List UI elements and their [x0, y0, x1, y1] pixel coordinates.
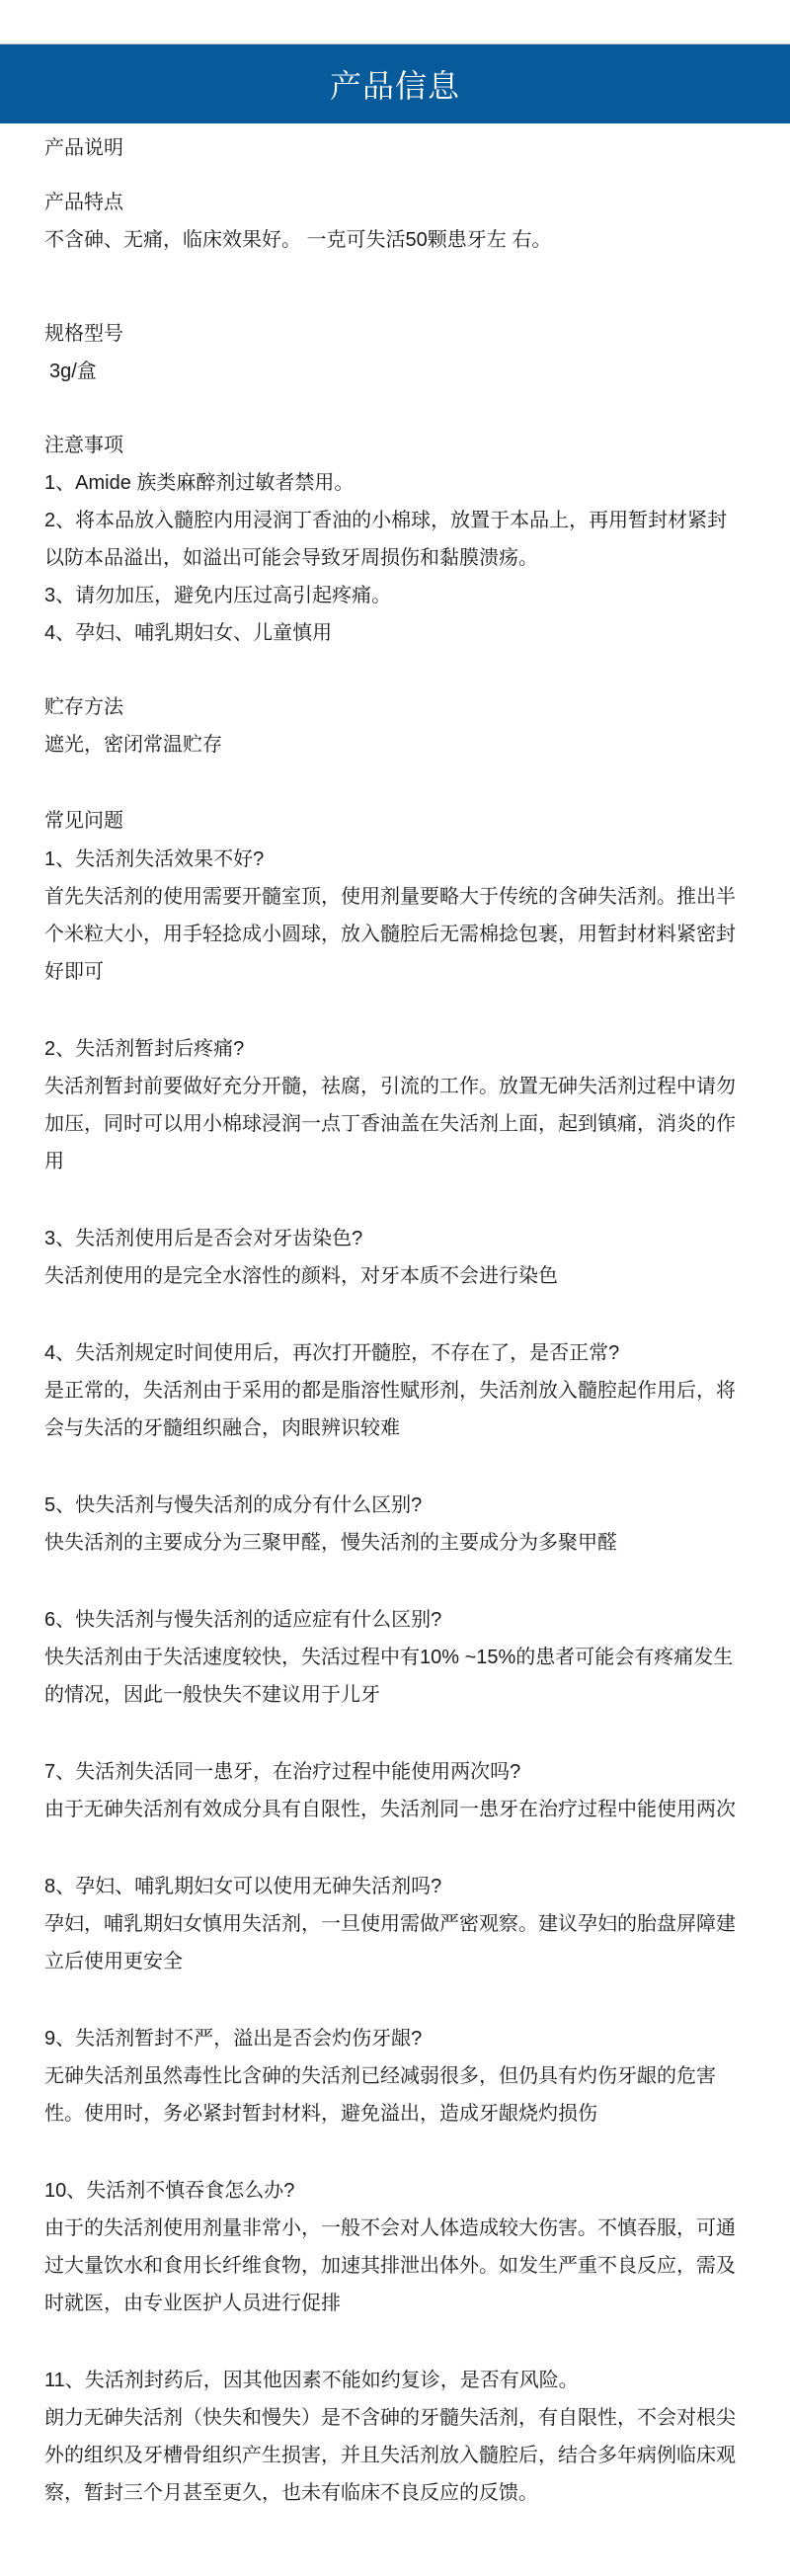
content: 产品说明 产品特点 不含砷、无痛，临床效果好。 一克可失活50颗患牙左 右。 规… — [0, 123, 790, 2558]
faq-item: 3、失活剂使用后是否会对牙齿染色? 失活剂使用的是完全水溶性的颜料，对牙本质不会… — [44, 1220, 746, 1295]
faq-question: 11、失活剂封药后，因其他因素不能如约复诊，是否有风险。 — [44, 2362, 746, 2399]
section-spec: 规格型号 3g/盒 — [44, 315, 746, 390]
faq-answer: 孕妇，哺乳期妇女慎用失活剂，一旦使用需做严密观察。建议孕妇的胎盘屏障建立后使用更… — [44, 1905, 746, 1980]
faq-answer: 失活剂暂封前要做好充分开髓，祛腐，引流的工作。放置无砷失活剂过程中请勿加压，同时… — [44, 1068, 746, 1180]
faq-item: 9、失活剂暂封不严，溢出是否会灼伤牙龈? 无砷失活剂虽然毒性比含砷的失活剂已经减… — [44, 2020, 746, 2133]
page-title: 产品信息 — [330, 61, 460, 107]
faq-item: 6、快失活剂与慢失活剂的适应症有什么区别? 快失活剂由于失活速度较快，失活过程中… — [44, 1601, 746, 1714]
faq-answer: 快失活剂由于失活速度较快，失活过程中有10% ~15%的患者可能会有疼痛发生的情… — [44, 1639, 746, 1714]
faq-question: 7、失活剂失活同一患牙，在治疗过程中能使用两次吗? — [44, 1753, 746, 1791]
section-faq: 常见问题 1、失活剂失活效果不好? 首先失活剂的使用需要开髓室顶，使用剂量要略大… — [44, 802, 746, 2512]
faq-answer: 由于无砷失活剂有效成分具有自限性，失活剂同一患牙在治疗过程中能使用两次 — [44, 1791, 746, 1828]
header-bar: 产品信息 — [0, 43, 790, 123]
product-info-page: 产品信息 产品说明 产品特点 不含砷、无痛，临床效果好。 一克可失活50颗患牙左… — [0, 43, 790, 2558]
faq-item: 7、失活剂失活同一患牙，在治疗过程中能使用两次吗? 由于无砷失活剂有效成分具有自… — [44, 1753, 746, 1828]
faq-answer: 朗力无砷失活剂（快失和慢失）是不含砷的牙髓失活剂，有自限性，不会对根尖外的组织及… — [44, 2399, 746, 2512]
section-product-description: 产品说明 — [44, 129, 746, 167]
features-heading: 产品特点 — [44, 184, 746, 221]
faq-answer: 是正常的，失活剂由于采用的都是脂溶性赋形剂，失活剂放入髓腔起作用后，将会与失活的… — [44, 1372, 746, 1447]
faq-question: 1、失活剂失活效果不好? — [44, 841, 746, 878]
faq-item: 2、失活剂暂封后疼痛? 失活剂暂封前要做好充分开髓，祛腐，引流的工作。放置无砷失… — [44, 1030, 746, 1180]
section-precautions: 注意事项 1、Amide 族类麻醉剂过敏者禁用。 2、将本品放入髓腔内用浸润丁香… — [44, 427, 746, 652]
faq-item: 4、失活剂规定时间使用后，再次打开髓腔，不存在了，是否正常? 是正常的，失活剂由… — [44, 1334, 746, 1447]
faq-item: 11、失活剂封药后，因其他因素不能如约复诊，是否有风险。 朗力无砷失活剂（快失和… — [44, 2362, 746, 2512]
spec-value: 3g/盒 — [44, 353, 746, 390]
section-features: 产品特点 不含砷、无痛，临床效果好。 一克可失活50颗患牙左 右。 — [44, 184, 746, 259]
features-text: 不含砷、无痛，临床效果好。 一克可失活50颗患牙左 右。 — [44, 221, 746, 259]
faq-item: 1、失活剂失活效果不好? 首先失活剂的使用需要开髓室顶，使用剂量要略大于传统的含… — [44, 841, 746, 991]
faq-question: 2、失活剂暂封后疼痛? — [44, 1030, 746, 1068]
faq-question: 8、孕妇、哺乳期妇女可以使用无砷失活剂吗? — [44, 1868, 746, 1905]
precaution-item: 2、将本品放入髓腔内用浸润丁香油的小棉球，放置于本品上，再用暂封材紧封以防本品溢… — [44, 502, 746, 577]
faq-question: 3、失活剂使用后是否会对牙齿染色? — [44, 1220, 746, 1257]
faq-question: 4、失活剂规定时间使用后，再次打开髓腔，不存在了，是否正常? — [44, 1334, 746, 1372]
precaution-item: 4、孕妇、哺乳期妇女、儿童慎用 — [44, 614, 746, 652]
precaution-item: 3、请勿加压，避免内压过高引起疼痛。 — [44, 577, 746, 614]
faq-question: 9、失活剂暂封不严，溢出是否会灼伤牙龈? — [44, 2020, 746, 2057]
precautions-heading: 注意事项 — [44, 427, 746, 464]
precaution-item: 1、Amide 族类麻醉剂过敏者禁用。 — [44, 464, 746, 502]
spec-heading: 规格型号 — [44, 315, 746, 353]
faq-item: 8、孕妇、哺乳期妇女可以使用无砷失活剂吗? 孕妇，哺乳期妇女慎用失活剂，一旦使用… — [44, 1868, 746, 1980]
storage-heading: 贮存方法 — [44, 688, 746, 726]
faq-question: 10、失活剂不慎吞食怎么办? — [44, 2172, 746, 2210]
faq-answer: 首先失活剂的使用需要开髓室顶，使用剂量要略大于传统的含砷失活剂。推出半个米粒大小… — [44, 878, 746, 991]
section-storage: 贮存方法 遮光，密闭常温贮存 — [44, 688, 746, 764]
faq-answer: 无砷失活剂虽然毒性比含砷的失活剂已经减弱很多，但仍具有灼伤牙龈的危害性。使用时，… — [44, 2057, 746, 2133]
faq-answer: 由于的失活剂使用剂量非常小，一般不会对人体造成较大伤害。不慎吞服，可通过大量饮水… — [44, 2210, 746, 2322]
storage-text: 遮光，密闭常温贮存 — [44, 726, 746, 764]
faq-answer: 快失活剂的主要成分为三聚甲醛，慢失活剂的主要成分为多聚甲醛 — [44, 1524, 746, 1562]
faq-item: 10、失活剂不慎吞食怎么办? 由于的失活剂使用剂量非常小，一般不会对人体造成较大… — [44, 2172, 746, 2322]
product-description-heading: 产品说明 — [44, 129, 746, 167]
faq-heading: 常见问题 — [44, 802, 746, 840]
faq-item: 5、快失活剂与慢失活剂的成分有什么区别? 快失活剂的主要成分为三聚甲醛，慢失活剂… — [44, 1487, 746, 1562]
faq-question: 6、快失活剂与慢失活剂的适应症有什么区别? — [44, 1601, 746, 1639]
faq-answer: 失活剂使用的是完全水溶性的颜料，对牙本质不会进行染色 — [44, 1257, 746, 1295]
faq-question: 5、快失活剂与慢失活剂的成分有什么区别? — [44, 1487, 746, 1524]
